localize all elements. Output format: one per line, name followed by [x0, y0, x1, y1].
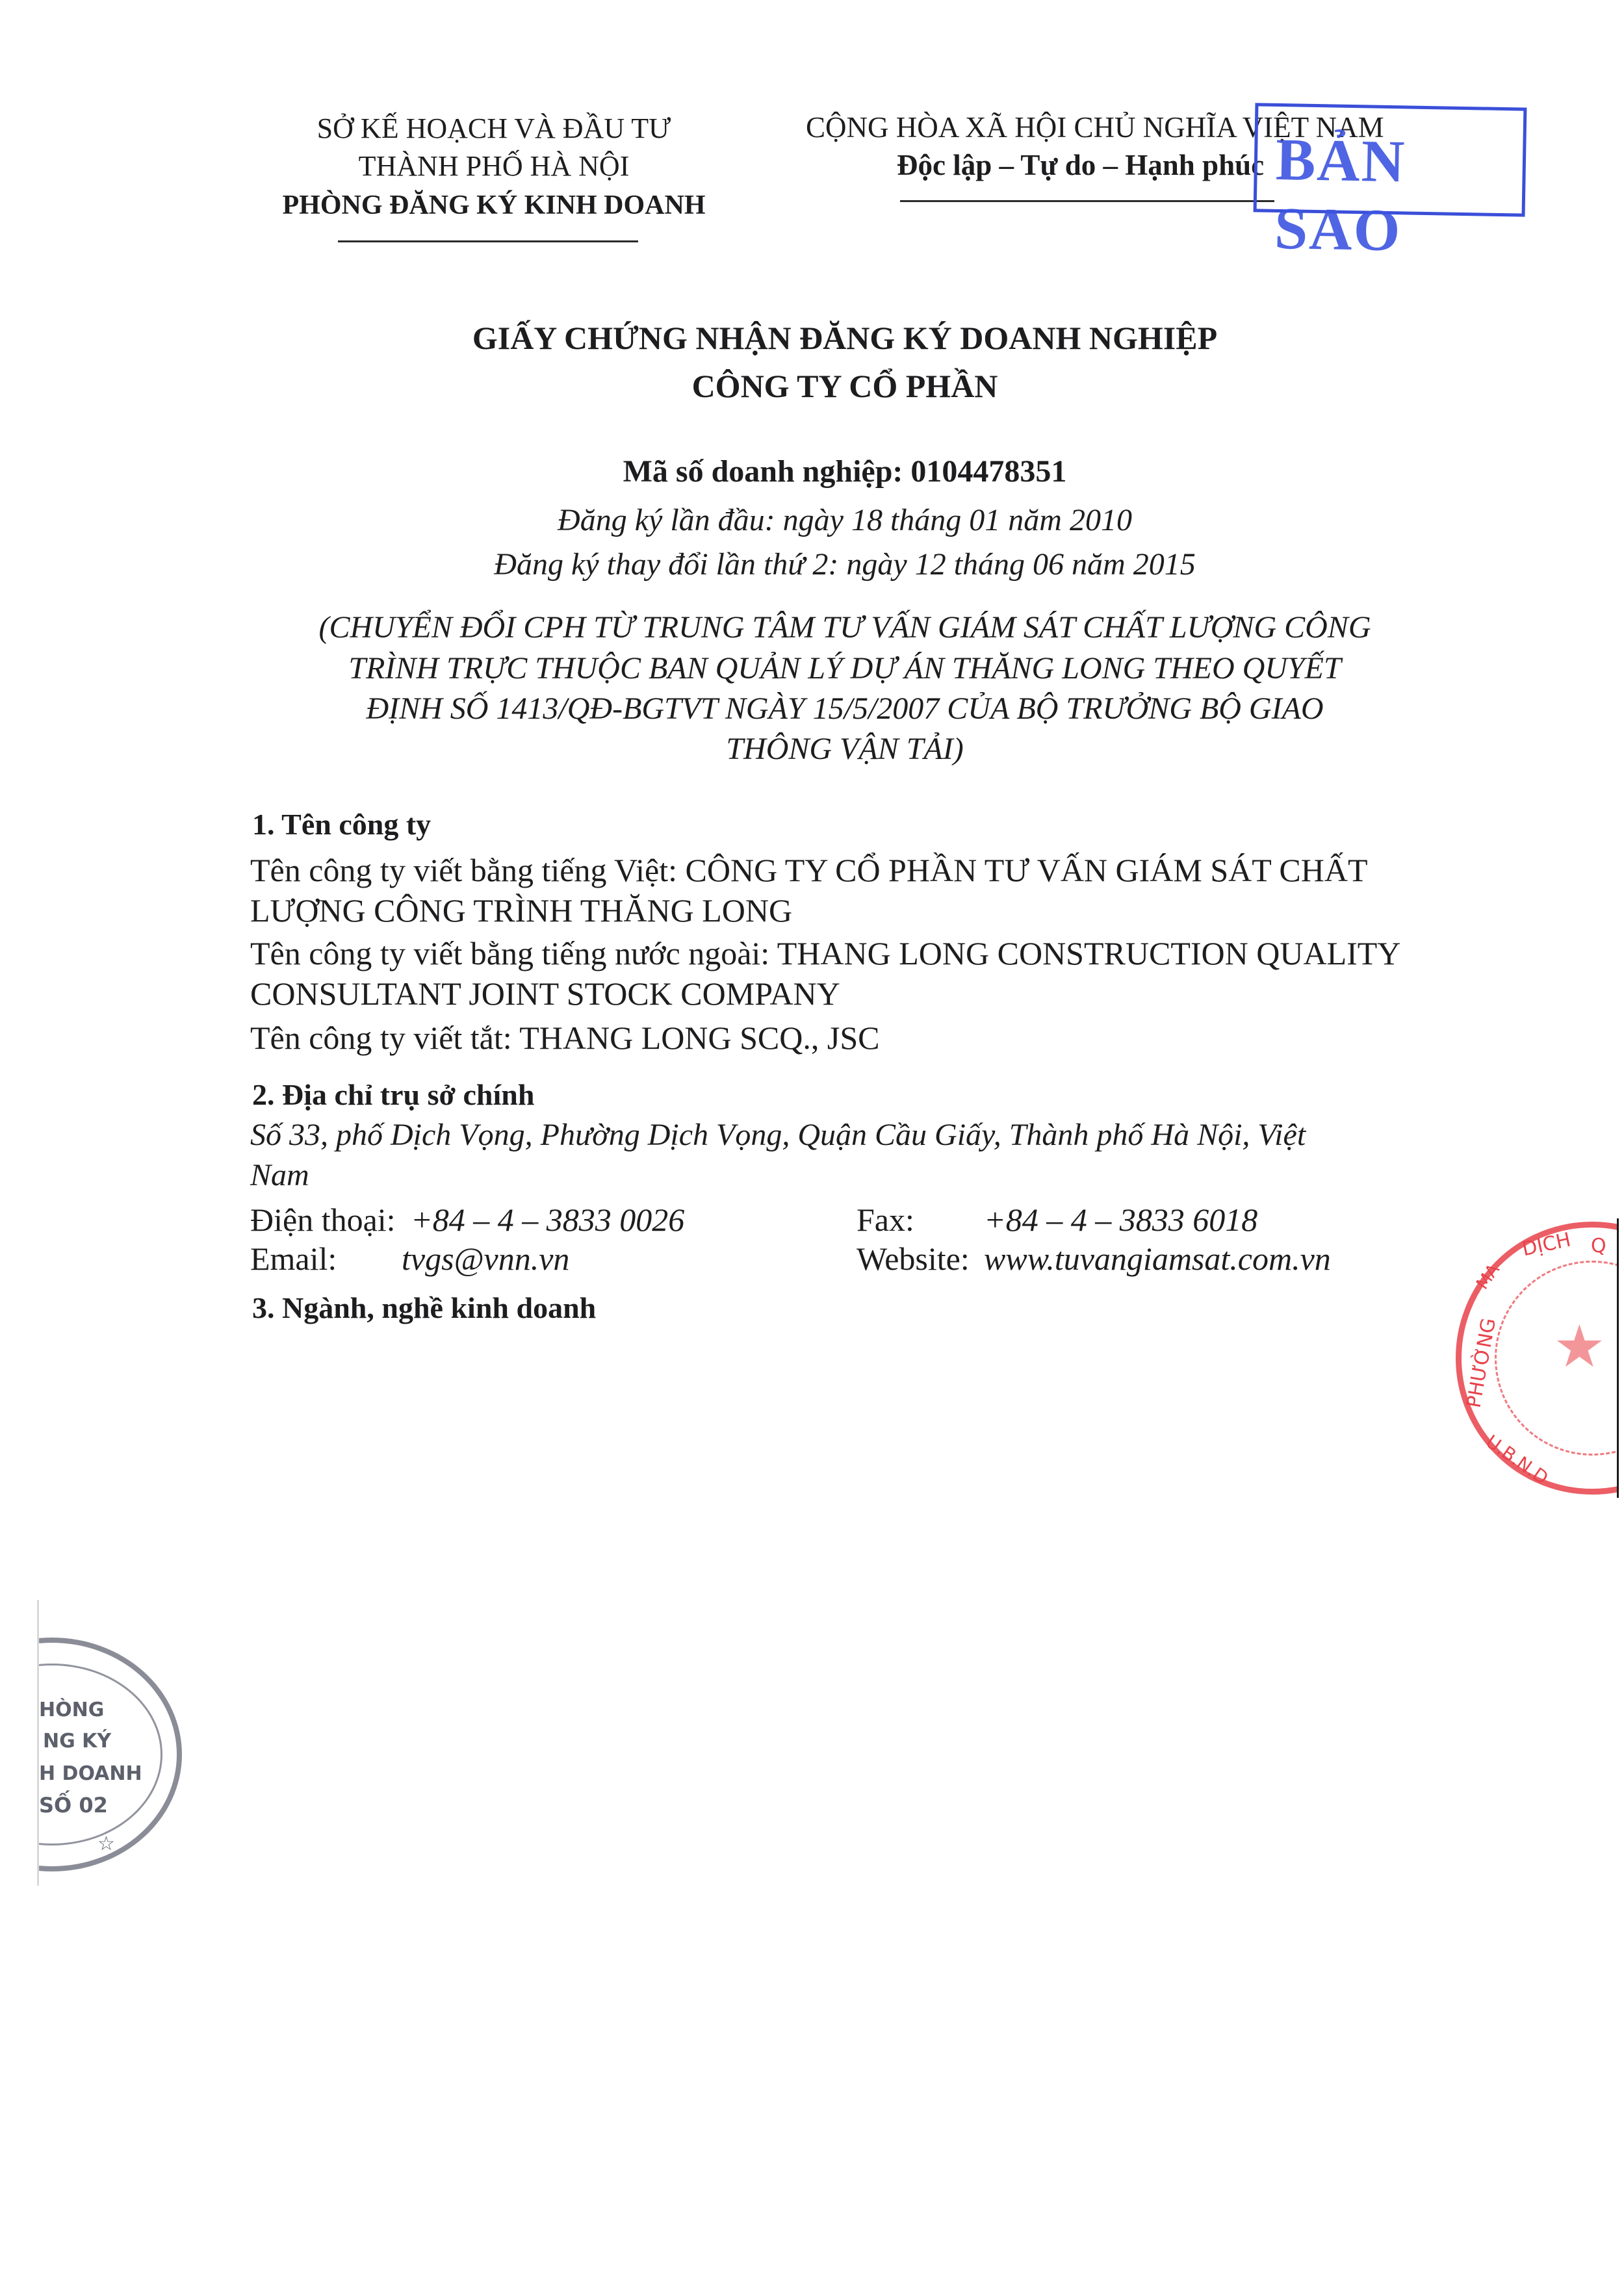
- abbreviated-name: Tên công ty viết tắt: THANG LONG SCQ., J…: [250, 1018, 879, 1058]
- section-heading-business-lines: 3. Ngành, nghề kinh doanh: [252, 1288, 596, 1328]
- fax-label: Fax:: [857, 1200, 914, 1240]
- section-heading: 2. Địa chỉ trụ sở chính: [252, 1075, 534, 1115]
- first-registration-date: Đăng ký lần đầu: ngày 18 tháng 01 năm 20…: [0, 500, 1624, 541]
- seal-line: H DOANH: [39, 1761, 142, 1787]
- amendment-date: Đăng ký thay đổi lần thứ 2: ngày 12 thán…: [0, 545, 1624, 585]
- phone-value: +84 – 4 – 3833 0026: [411, 1200, 684, 1240]
- seal-line: HÒNG: [39, 1697, 104, 1723]
- motto-underline: [900, 200, 1274, 202]
- enterprise-code: Mã số doanh nghiệp: 0104478351: [0, 451, 1624, 493]
- website-label: Website:: [857, 1239, 970, 1279]
- address-line: Nam: [250, 1155, 309, 1196]
- seal-text-edge: Q: [1591, 1235, 1606, 1257]
- seal-line: NG KÝ: [43, 1729, 111, 1755]
- address-line: Số 33, phố Dịch Vọng, Phường Dịch Vọng, …: [250, 1115, 1306, 1155]
- grey-office-seal: HÒNG NG KÝ H DOANH SỐ 02 ☆: [39, 1638, 195, 1871]
- red-ward-seal: ★ DỊCH Q MA PHƯỜNG U.B.N.D: [1449, 1222, 1618, 1495]
- national-motto: Độc lập – Tự do – Hạnh phúc: [897, 147, 1264, 183]
- vietnamese-name-line: LƯỢNG CÔNG TRÌNH THĂNG LONG: [250, 890, 792, 931]
- conversion-note-line: (CHUYỂN ĐỔI CPH TỪ TRUNG TÂM TƯ VẤN GIÁM…: [0, 608, 1624, 648]
- right-scan-edge-line: [1617, 1218, 1619, 1498]
- authority-line-department: SỞ KẾ HOẠCH VÀ ĐẦU TƯ: [273, 110, 715, 147]
- company-type: CÔNG TY CỔ PHẦN: [0, 365, 1624, 407]
- foreign-name-line: CONSULTANT JOINT STOCK COMPANY: [250, 973, 840, 1014]
- conversion-note-line: TRÌNH TRỰC THUỘC BAN QUẢN LÝ DỰ ÁN THĂNG…: [0, 649, 1624, 689]
- email-label: Email:: [250, 1239, 337, 1279]
- section-heading: 1. Tên công ty: [252, 804, 431, 845]
- email-value: tvgs@vnn.vn: [402, 1239, 569, 1279]
- certificate-title: GIẤY CHỨNG NHẬN ĐĂNG KÝ DOANH NGHIỆP: [0, 317, 1624, 359]
- authority-line-office: PHÒNG ĐĂNG KÝ KINH DOANH: [247, 187, 741, 224]
- conversion-note-line: ĐỊNH SỐ 1413/QĐ-BGTVT NGÀY 15/5/2007 CỦA…: [0, 689, 1624, 729]
- fax-value: +84 – 4 – 3833 6018: [984, 1200, 1257, 1240]
- phone-label: Điện thoại:: [250, 1200, 396, 1240]
- star-emblem-icon: ★: [1553, 1313, 1606, 1381]
- authority-line-city: THÀNH PHỐ HÀ NỘI: [273, 148, 715, 185]
- seal-line: SỐ 02: [39, 1792, 108, 1818]
- conversion-note-line: THÔNG VẬN TẢI): [0, 729, 1624, 769]
- copy-stamp: BẢN SAO: [1254, 103, 1527, 216]
- left-scan-edge-line: [38, 1600, 38, 1886]
- website-value: www.tuvangiamsat.com.vn: [984, 1239, 1331, 1279]
- foreign-name-line: Tên công ty viết bằng tiếng nước ngoài: …: [250, 933, 1400, 973]
- copy-stamp-text: BẢN SAO: [1274, 125, 1523, 267]
- star-icon: ☆: [97, 1832, 115, 1855]
- vietnamese-name-line: Tên công ty viết bằng tiếng Việt: CÔNG T…: [250, 850, 1368, 890]
- authority-underline: [338, 240, 638, 242]
